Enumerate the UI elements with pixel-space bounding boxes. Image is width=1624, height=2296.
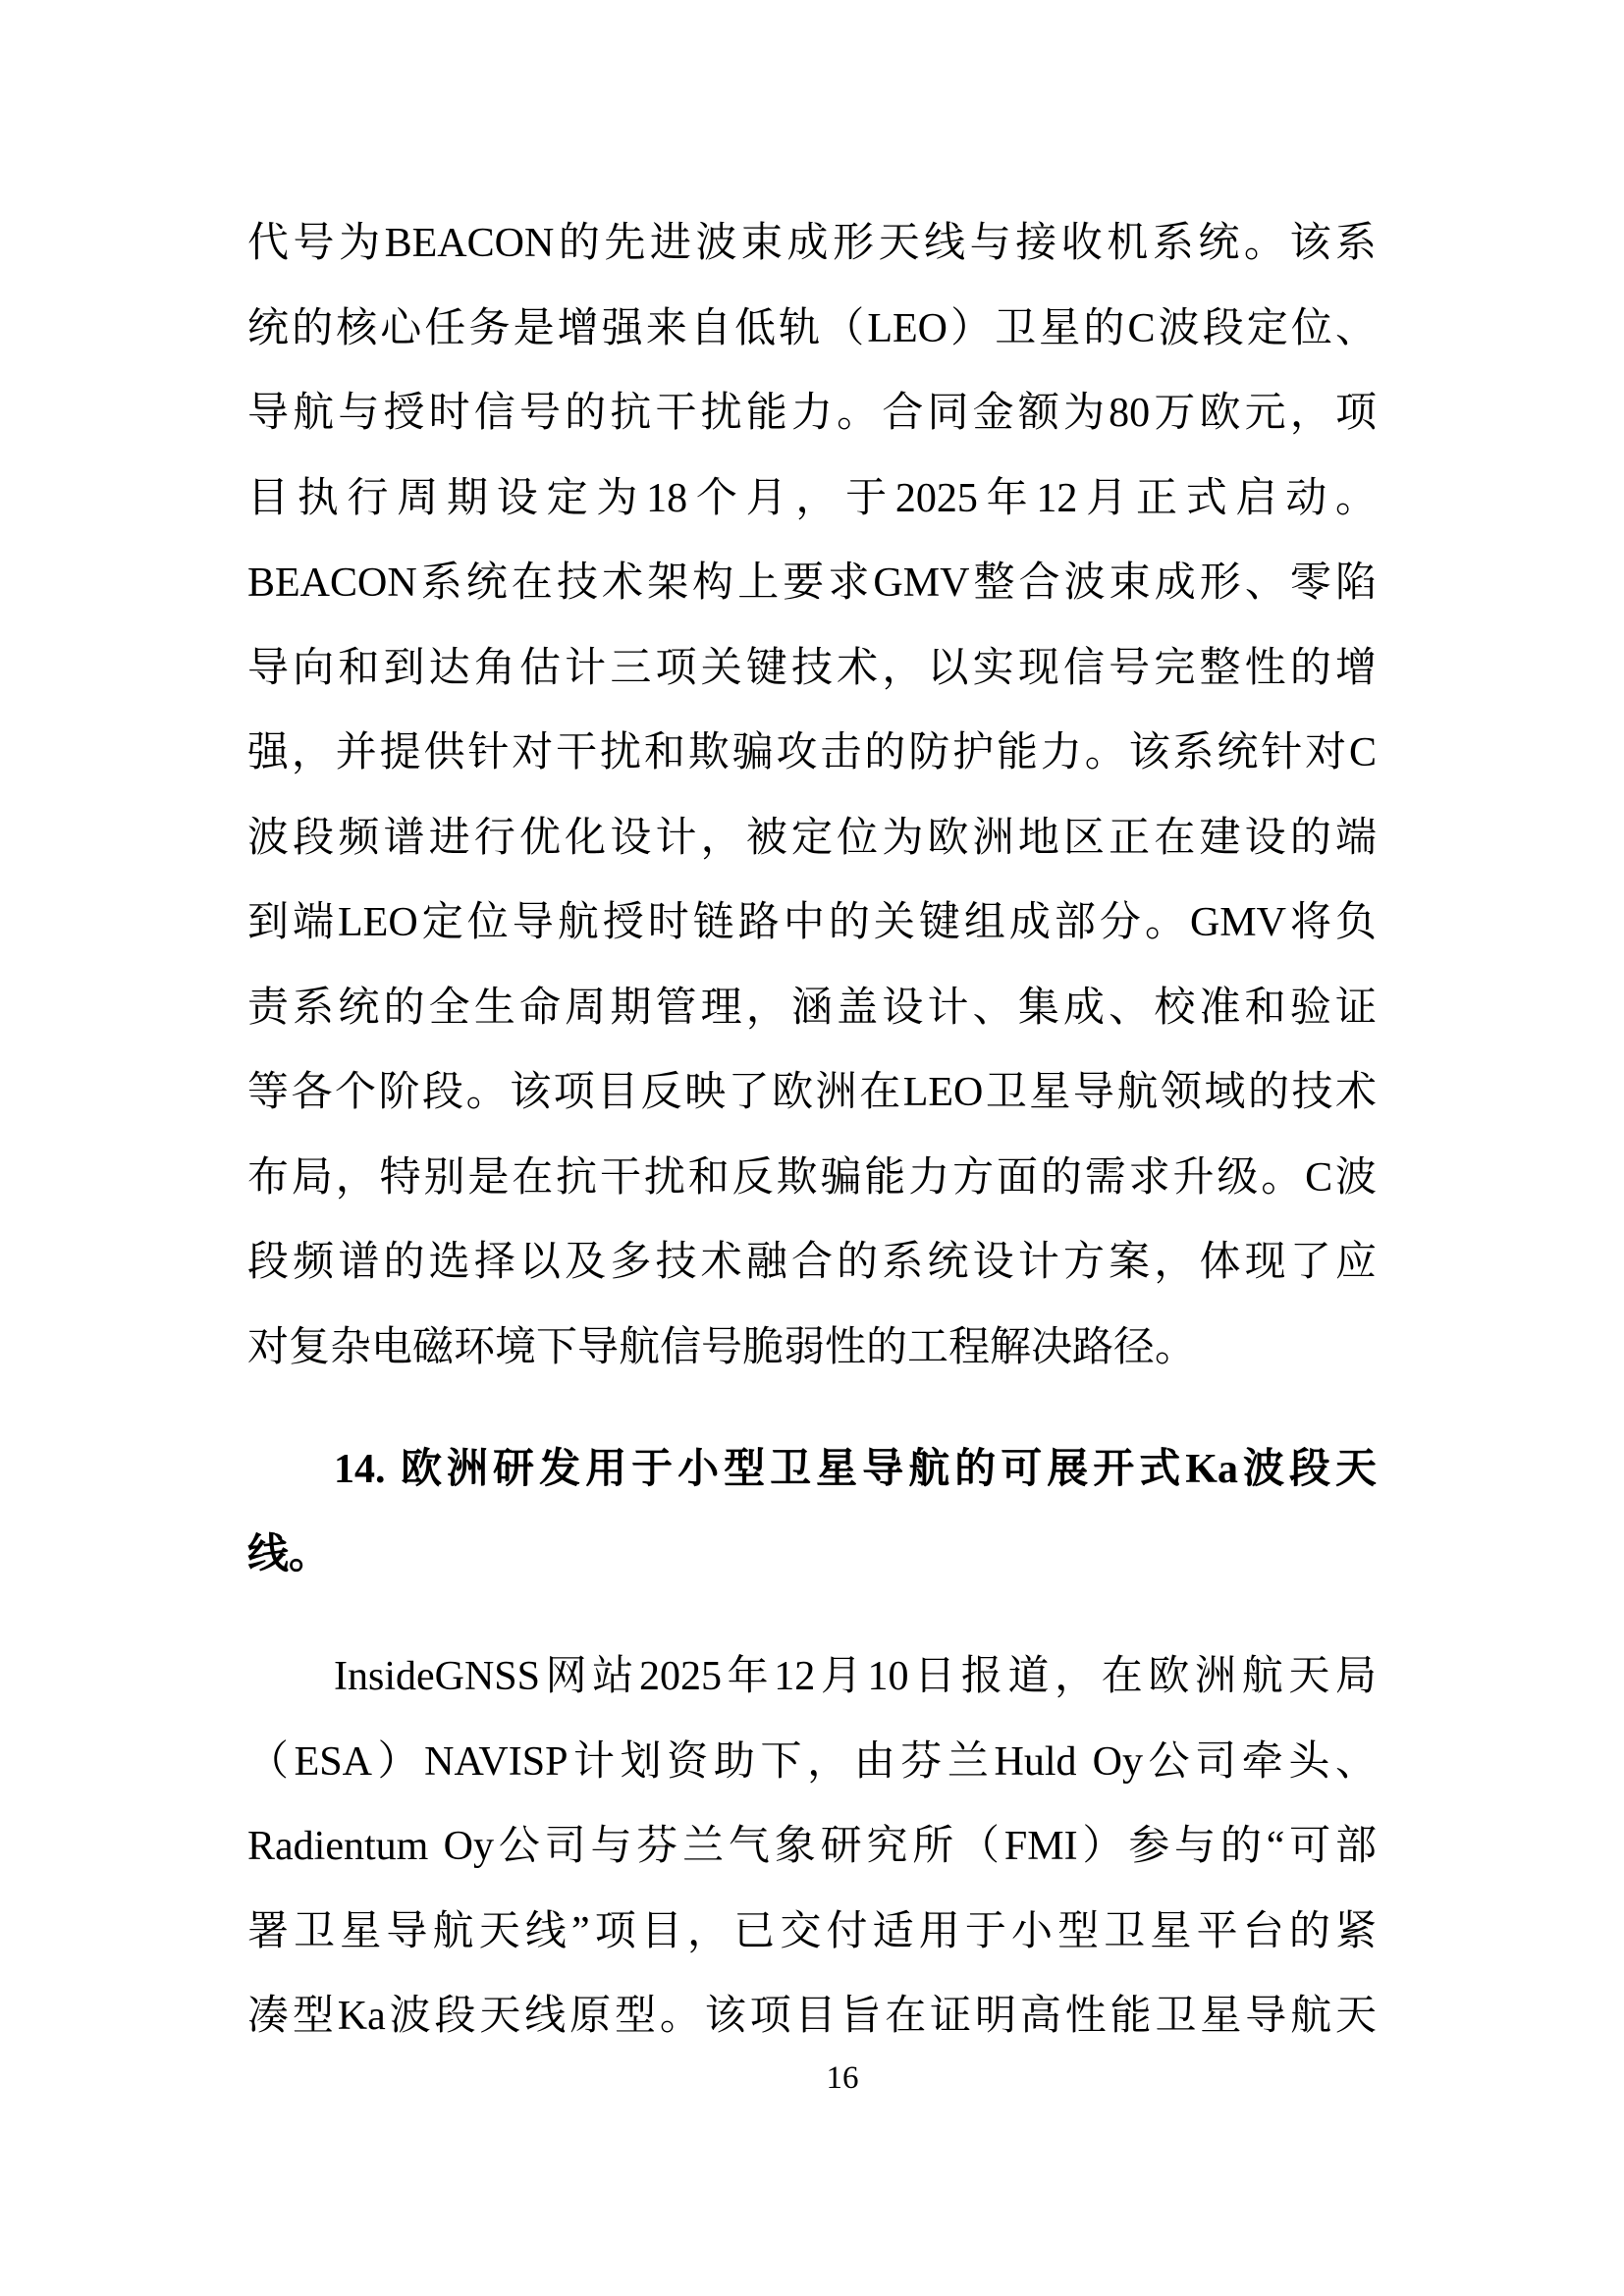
para1-line-13: 段频谱的选择以及多技术融合的系统设计方案，体现了应: [247, 1220, 1377, 1306]
para1-line-10: 责系统的全生命周期管理，涵盖设计、集成、校准和验证: [247, 966, 1377, 1051]
document-page: 代号为BEACON的先进波束成形天线与接收机系统。该系 统的核心任务是增强来自低…: [0, 0, 1624, 2296]
para2-line-4: 署卫星导航天线”项目，已交付适用于小型卫星平台的紧: [247, 1890, 1377, 1975]
paragraph-2: InsideGNSS网站2025年12月10日报道，在欧洲航天局 （ESA）NA…: [247, 1634, 1377, 2059]
para1-line-7: 强，并提供针对干扰和欺骗攻击的防护能力。该系统针对C: [247, 711, 1377, 796]
paragraph-continued: 代号为BEACON的先进波束成形天线与接收机系统。该系 统的核心任务是增强来自低…: [247, 201, 1377, 1390]
para1-line-4: 目执行周期设定为18个月，于2025年12月正式启动。: [247, 456, 1377, 542]
para1-line-9: 到端LEO定位导航授时链路中的关键组成部分。GMV将负: [247, 881, 1377, 966]
para2-line-3: Radientum Oy公司与芬兰气象研究所（FMI）参与的“可部: [247, 1804, 1377, 1890]
para1-line-11: 等各个阶段。该项目反映了欧洲在LEO卫星导航领域的技术: [247, 1050, 1377, 1136]
para1-line-14: 对复杂电磁环境下导航信号脆弱性的工程解决路径。: [247, 1306, 1377, 1391]
para2-line-1: InsideGNSS网站2025年12月10日报道，在欧洲航天局: [247, 1634, 1377, 1720]
section-heading-14: 14. 欧洲研发用于小型卫星导航的可展开式Ka波段天 线。: [247, 1427, 1377, 1597]
para2-line-2: （ESA）NAVISP计划资助下，由芬兰Huld Oy公司牵头、: [247, 1720, 1377, 1805]
page-number: 16: [795, 2062, 890, 2095]
para1-line-1: 代号为BEACON的先进波束成形天线与接收机系统。该系: [247, 201, 1377, 287]
heading-line-2: 线。: [247, 1513, 1377, 1598]
para1-line-8: 波段频谱进行优化设计，被定位为欧洲地区正在建设的端: [247, 796, 1377, 881]
para1-line-6: 导向和到达角估计三项关键技术，以实现信号完整性的增: [247, 626, 1377, 712]
para1-line-2: 统的核心任务是增强来自低轨（LEO）卫星的C波段定位、: [247, 287, 1377, 372]
para1-line-3: 导航与授时信号的抗干扰能力。合同金额为80万欧元，项: [247, 371, 1377, 456]
para1-line-5: BEACON系统在技术架构上要求GMV整合波束成形、零陷: [247, 541, 1377, 626]
para2-line-5: 凑型Ka波段天线原型。该项目旨在证明高性能卫星导航天: [247, 1974, 1377, 2059]
heading-line-1: 14. 欧洲研发用于小型卫星导航的可展开式Ka波段天: [247, 1427, 1377, 1513]
para1-line-12: 布局，特别是在抗干扰和反欺骗能力方面的需求升级。C波: [247, 1136, 1377, 1221]
text-block: 代号为BEACON的先进波束成形天线与接收机系统。该系 统的核心任务是增强来自低…: [247, 201, 1377, 2059]
